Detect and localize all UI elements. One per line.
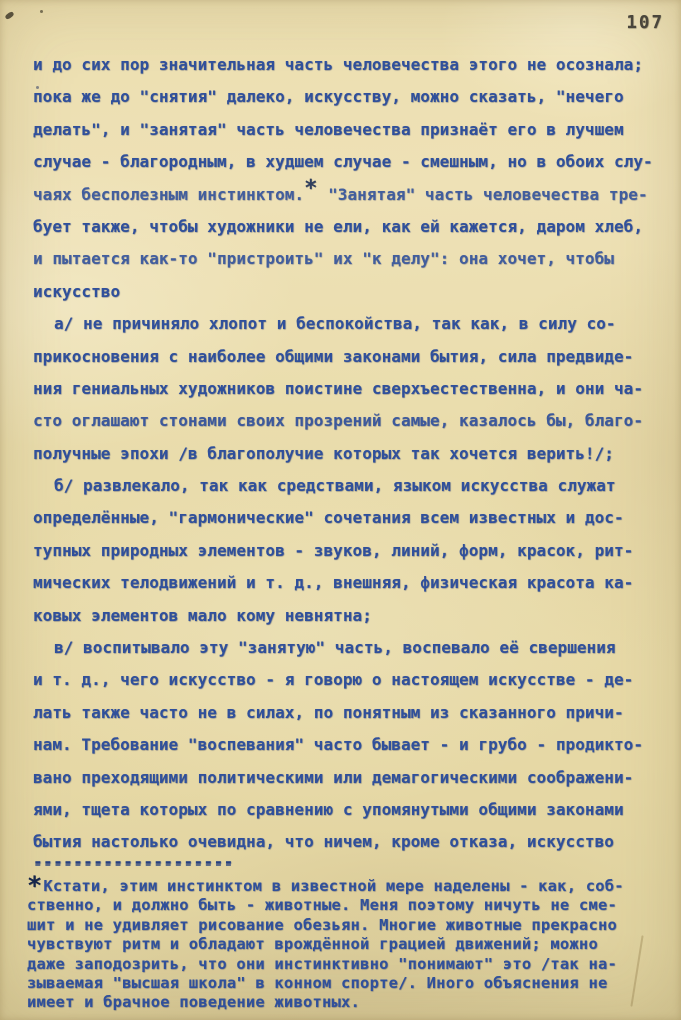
footnote-line: ственно, и должно быть - животные. Меня … (27, 896, 675, 915)
text-line: пока же до "снятия" далеко, искусству, м… (33, 81, 665, 113)
footnote-separator: -------------------- (33, 852, 234, 871)
text-line: вано преходящими политическими или демаг… (33, 762, 665, 794)
text-line: нам. Требование "воспевания" часто бывае… (33, 729, 665, 761)
footnote-text: Кстати, этим инстинктом в известной мере… (43, 877, 623, 895)
footnote-line: даже заподозрить, что они инстинктивно "… (27, 955, 675, 974)
text-line: случае - благородным, в худшем случае - … (33, 146, 665, 178)
text-line: а/ не причиняло хлопот и беспокойства, т… (33, 308, 665, 340)
text-after-marker: "Занятая" часть человечества тре- (318, 185, 647, 204)
page-number: 107 (626, 13, 664, 33)
text-line: ями, тщета которых по сравнению с упомян… (33, 794, 665, 826)
text-line: искусство (33, 276, 665, 308)
text-line: и пытается как-то "пристроить" их "к дел… (33, 243, 665, 275)
text-line-with-footnote-marker: чаях бесполезным инстинктом.* "Занятая" … (33, 179, 665, 211)
footnote-line: чувствуют ритм и обладают врождённой гра… (27, 935, 675, 954)
text-line: ния гениальных художников поистине сверх… (33, 373, 665, 405)
text-line: и т. д., чего искусство - я говорю о нас… (33, 664, 665, 696)
footnote-line: имеет и брачное поведение животных. (27, 993, 675, 1012)
text-line: получные эпохи /в благополучие которых т… (33, 438, 665, 470)
text-before-marker: чаях бесполезным инстинктом. (33, 185, 304, 204)
text-line: б/ развлекало, так как средствами, языко… (33, 470, 665, 502)
text-line: ковых элементов мало кому невнятна; (33, 600, 665, 632)
text-line: делать", и "занятая" часть человечества … (33, 114, 665, 146)
paper-speck (4, 11, 14, 20)
footnote-line: зываемая "высшая школа" в конном спорте/… (27, 974, 675, 993)
text-line: мических телодвижений и т. д., внешняя, … (33, 567, 665, 599)
main-text: и до сих пор значительная часть человече… (33, 49, 665, 859)
paper-speck (40, 10, 43, 13)
text-line: и до сих пор значительная часть человече… (33, 49, 665, 81)
footnote-line: шит и не удивляет рисование обезьян. Мно… (27, 916, 675, 935)
footnote: *Кстати, этим инстинктом в известной мер… (27, 877, 675, 1013)
text-line: прикосновения с наиболее общими законами… (33, 341, 665, 373)
text-line: определённые, "гармонические" сочетания … (33, 502, 665, 534)
scanned-typewritten-page: 107 и до сих пор значительная часть чело… (0, 0, 681, 1020)
text-line: бует также, чтобы художники не ели, как … (33, 211, 665, 243)
text-line: лать также часто не в силах, по понятным… (33, 697, 665, 729)
text-line: в/ воспитывало эту "занятую" часть, восп… (33, 632, 665, 664)
text-line: тупных природных элементов - звуков, лин… (33, 535, 665, 567)
text-line: сто оглашают стонами своих прозрений сам… (33, 405, 665, 437)
footnote-line: *Кстати, этим инстинктом в известной мер… (27, 877, 675, 896)
